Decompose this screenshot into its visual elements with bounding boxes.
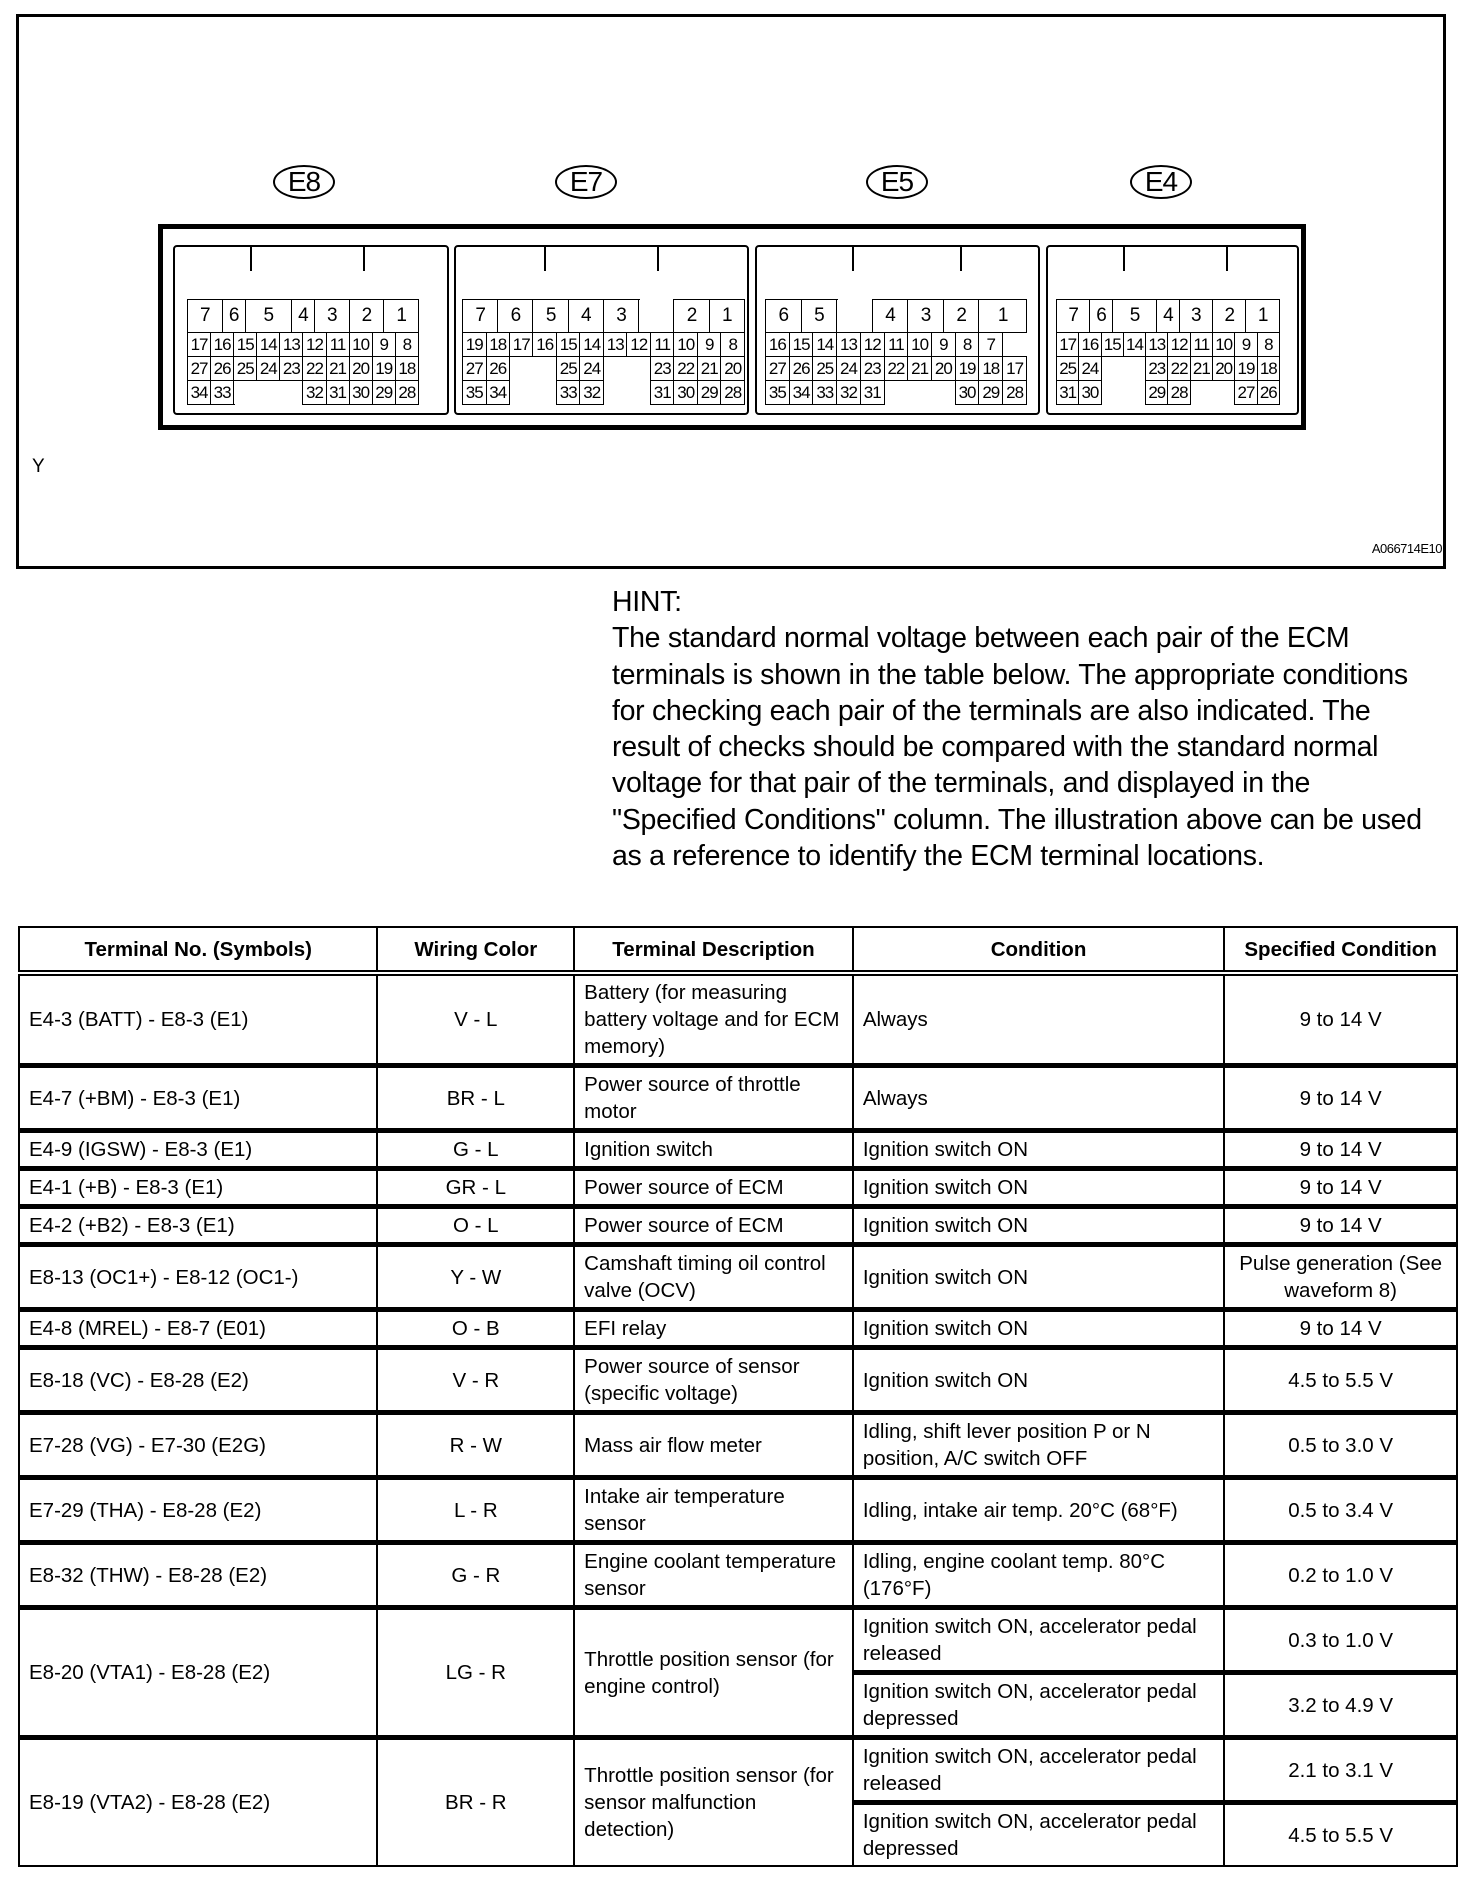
terminal-voltage-table: Terminal No. (Symbols) Wiring Color Term… (18, 926, 1458, 1867)
terminal-pin-9: 9 (1235, 333, 1257, 357)
pin-gap (1123, 381, 1145, 405)
table-row: E4-8 (MREL) - E8-7 (E01)O - BEFI relayIg… (19, 1310, 1457, 1348)
terminal-pin-12: 12 (303, 333, 326, 357)
wiring-color-cell: L - R (377, 1478, 574, 1543)
terminal-pin-22: 22 (884, 357, 908, 381)
specified-condition-cell: 4.5 to 5.5 V (1224, 1348, 1457, 1413)
pin-gap (837, 300, 873, 333)
header-condition: Condition (853, 927, 1224, 973)
terminal-pin-12: 12 (1168, 333, 1190, 357)
wiring-color-cell: O - L (377, 1207, 574, 1245)
description-cell: Throttle position sensor (for engine con… (574, 1608, 853, 1738)
description-cell: Power source of ECM (574, 1207, 853, 1245)
wiring-color-cell: G - L (377, 1131, 574, 1169)
terminal-pin-29: 29 (1146, 381, 1168, 405)
connector-e7: 7654321191817161514131211109827262524232… (454, 245, 749, 415)
terminal-pin-17: 17 (509, 333, 533, 357)
condition-cell: Ignition switch ON, accelerator pedal de… (853, 1673, 1224, 1738)
description-cell: Intake air temperature sensor (574, 1478, 853, 1543)
terminal-pin-34: 34 (486, 381, 509, 405)
pin-row: 313029282726 (1057, 381, 1280, 405)
table-body: E4-3 (BATT) - E8-3 (E1)V - LBattery (for… (19, 973, 1457, 1866)
terminal-pin-35: 35 (766, 381, 790, 405)
terminal-pin-24: 24 (580, 357, 604, 381)
terminal-pin-6: 6 (1090, 300, 1112, 333)
pin-row: 171615141312111098 (188, 333, 419, 357)
pin-gap (234, 381, 257, 405)
pin-row: 171615141312111098 (1057, 333, 1280, 357)
specified-condition-cell: 0.2 to 1.0 V (1224, 1543, 1457, 1608)
condition-cell: Ignition switch ON (853, 1245, 1224, 1310)
hint-title: HINT: (612, 584, 1442, 620)
terminal-pin-22: 22 (1168, 357, 1190, 381)
terminal-pin-20: 20 (1213, 357, 1235, 381)
terminal-pin-9: 9 (372, 333, 395, 357)
terminal-pin-28: 28 (721, 381, 745, 405)
terminal-pin-13: 13 (837, 333, 861, 357)
terminal-pin-13: 13 (603, 333, 627, 357)
terminal-pin-28: 28 (1168, 381, 1190, 405)
pin-gap (639, 300, 674, 333)
terminal-pin-5: 5 (245, 300, 291, 333)
terminal-cell: E4-3 (BATT) - E8-3 (E1) (19, 973, 377, 1066)
terminal-cell: E4-1 (+B) - E8-3 (E1) (19, 1169, 377, 1207)
terminal-pin-20: 20 (349, 357, 372, 381)
specified-condition-cell: 9 to 14 V (1224, 1066, 1457, 1131)
terminal-pin-26: 26 (486, 357, 509, 381)
latch-icon (852, 245, 962, 271)
terminal-pin-16: 16 (533, 333, 557, 357)
table-row: E8-20 (VTA1) - E8-28 (E2)LG - RThrottle … (19, 1608, 1457, 1673)
table-row: E8-18 (VC) - E8-28 (E2)V - RPower source… (19, 1348, 1457, 1413)
pin-row: 2524232221201918 (1057, 357, 1280, 381)
condition-cell: Ignition switch ON (853, 1310, 1224, 1348)
terminal-pin-27: 27 (188, 357, 211, 381)
terminal-pin-7: 7 (979, 333, 1003, 357)
condition-cell: Idling, intake air temp. 20°C (68°F) (853, 1478, 1224, 1543)
description-cell: Mass air flow meter (574, 1413, 853, 1478)
terminal-cell: E8-18 (VC) - E8-28 (E2) (19, 1348, 377, 1413)
terminal-pin-26: 26 (211, 357, 234, 381)
description-cell: Throttle position sensor (for sensor mal… (574, 1738, 853, 1867)
table-row: E8-32 (THW) - E8-28 (E2)G - REngine cool… (19, 1543, 1457, 1608)
header-terminal: Terminal No. (Symbols) (19, 927, 377, 973)
wiring-color-cell: BR - R (377, 1738, 574, 1867)
terminal-pin-9: 9 (932, 333, 956, 357)
connector-label-e7: E7 (555, 165, 617, 199)
pin-row: 3534333231302928 (766, 381, 1027, 405)
specified-condition-cell: 4.5 to 5.5 V (1224, 1803, 1457, 1867)
pin-row: 654321 (766, 300, 1027, 333)
terminal-pin-4: 4 (568, 300, 603, 333)
terminal-cell: E4-8 (MREL) - E8-7 (E01) (19, 1310, 377, 1348)
terminal-pin-15: 15 (556, 333, 579, 357)
pin-gap (533, 381, 557, 405)
wiring-color-cell: V - R (377, 1348, 574, 1413)
terminal-cell: E8-20 (VTA1) - E8-28 (E2) (19, 1608, 377, 1738)
terminal-pin-18: 18 (1257, 357, 1279, 381)
terminal-pin-11: 11 (650, 333, 674, 357)
pin-gap (603, 357, 627, 381)
terminal-pin-27: 27 (463, 357, 487, 381)
terminal-pin-2: 2 (674, 300, 709, 333)
terminal-pin-11: 11 (326, 333, 349, 357)
terminal-pin-26: 26 (789, 357, 813, 381)
terminal-pin-27: 27 (1235, 381, 1257, 405)
terminal-pin-32: 32 (303, 381, 326, 405)
description-cell: Ignition switch (574, 1131, 853, 1169)
table-row: E4-9 (IGSW) - E8-3 (E1)G - LIgnition swi… (19, 1131, 1457, 1169)
terminal-pin-27: 27 (766, 357, 790, 381)
condition-cell: Ignition switch ON, accelerator pedal re… (853, 1738, 1224, 1803)
terminal-pin-20: 20 (721, 357, 745, 381)
description-cell: Power source of sensor (specific voltage… (574, 1348, 853, 1413)
terminal-pin-25: 25 (1057, 357, 1079, 381)
table-header-row: Terminal No. (Symbols) Wiring Color Term… (19, 927, 1457, 973)
terminal-pin-17: 17 (1057, 333, 1079, 357)
specified-condition-cell: 2.1 to 3.1 V (1224, 1738, 1457, 1803)
terminal-pin-4: 4 (1157, 300, 1179, 333)
terminal-pin-25: 25 (234, 357, 257, 381)
terminal-pin-19: 19 (463, 333, 487, 357)
wiring-color-cell: R - W (377, 1413, 574, 1478)
specified-condition-cell: 0.5 to 3.4 V (1224, 1478, 1457, 1543)
terminal-pin-1: 1 (384, 300, 419, 333)
terminal-pin-34: 34 (789, 381, 813, 405)
terminal-pin-31: 31 (1057, 381, 1079, 405)
terminal-cell: E7-28 (VG) - E7-30 (E2G) (19, 1413, 377, 1478)
pin-grid-e7: 7654321191817161514131211109827262524232… (462, 299, 745, 405)
terminal-cell: E8-13 (OC1+) - E8-12 (OC1-) (19, 1245, 377, 1310)
terminal-pin-22: 22 (674, 357, 698, 381)
table-row: E4-2 (+B2) - E8-3 (E1)O - LPower source … (19, 1207, 1457, 1245)
pin-gap (509, 381, 533, 405)
condition-cell: Always (853, 1066, 1224, 1131)
terminal-pin-28: 28 (395, 381, 418, 405)
terminal-cell: E8-19 (VTA2) - E8-28 (E2) (19, 1738, 377, 1867)
terminal-pin-6: 6 (498, 300, 533, 333)
terminal-pin-3: 3 (1179, 300, 1212, 333)
terminal-pin-32: 32 (837, 381, 861, 405)
terminal-pin-15: 15 (234, 333, 257, 357)
table-row: E8-13 (OC1+) - E8-12 (OC1-)Y - WCamshaft… (19, 1245, 1457, 1310)
specified-condition-cell: 9 to 14 V (1224, 1310, 1457, 1348)
terminal-pin-21: 21 (908, 357, 932, 381)
condition-cell: Ignition switch ON (853, 1169, 1224, 1207)
specified-condition-cell: Pulse generation (See waveform 8) (1224, 1245, 1457, 1310)
terminal-pin-14: 14 (580, 333, 604, 357)
terminal-pin-10: 10 (349, 333, 372, 357)
latch-icon (544, 245, 659, 271)
wiring-color-cell: BR - L (377, 1066, 574, 1131)
terminal-pin-3: 3 (603, 300, 638, 333)
terminal-pin-6: 6 (222, 300, 245, 333)
description-cell: Power source of throttle motor (574, 1066, 853, 1131)
pin-gap (1003, 333, 1027, 357)
connector-e5: 6543211615141312111098727262524232221201… (755, 245, 1040, 415)
terminal-pin-13: 13 (1146, 333, 1168, 357)
table-row: E4-7 (+BM) - E8-3 (E1)BR - LPower source… (19, 1066, 1457, 1131)
connector-label-e4: E4 (1130, 165, 1192, 199)
terminal-pin-29: 29 (372, 381, 395, 405)
latch-icon (1123, 245, 1228, 271)
terminal-pin-7: 7 (463, 300, 498, 333)
wiring-color-cell: O - B (377, 1310, 574, 1348)
terminal-pin-5: 5 (801, 300, 837, 333)
terminal-pin-29: 29 (697, 381, 720, 405)
figure-id: A066714E10 (1372, 541, 1442, 556)
terminal-pin-6: 6 (766, 300, 802, 333)
terminal-pin-7: 7 (188, 300, 223, 333)
specified-condition-cell: 9 to 14 V (1224, 1207, 1457, 1245)
table-row: E7-29 (THA) - E8-28 (E2)L - RIntake air … (19, 1478, 1457, 1543)
pin-row: 7654321 (188, 300, 419, 333)
terminal-pin-8: 8 (721, 333, 745, 357)
terminal-pin-3: 3 (314, 300, 349, 333)
terminal-pin-10: 10 (674, 333, 698, 357)
pin-grid-e4: 7654321171615141312111098252423222120191… (1056, 299, 1280, 405)
terminal-pin-23: 23 (650, 357, 674, 381)
specified-condition-cell: 0.3 to 1.0 V (1224, 1608, 1457, 1673)
table-row: E8-19 (VTA2) - E8-28 (E2)BR - RThrottle … (19, 1738, 1457, 1803)
terminal-pin-25: 25 (556, 357, 579, 381)
terminal-pin-11: 11 (884, 333, 908, 357)
wiring-color-cell: Y - W (377, 1245, 574, 1310)
pin-gap (509, 357, 533, 381)
terminal-cell: E4-2 (+B2) - E8-3 (E1) (19, 1207, 377, 1245)
terminal-cell: E7-29 (THA) - E8-28 (E2) (19, 1478, 377, 1543)
terminal-pin-4: 4 (291, 300, 314, 333)
connector-label-e5: E5 (866, 165, 928, 199)
terminal-pin-28: 28 (1003, 381, 1027, 405)
specified-condition-cell: 3.2 to 4.9 V (1224, 1673, 1457, 1738)
terminal-cell: E4-9 (IGSW) - E8-3 (E1) (19, 1131, 377, 1169)
terminal-pin-14: 14 (813, 333, 837, 357)
hint-section: HINT: The standard normal voltage betwee… (612, 584, 1442, 874)
terminal-pin-19: 19 (1235, 357, 1257, 381)
terminal-pin-1: 1 (709, 300, 744, 333)
pin-row: 2726252423222120191817 (766, 357, 1027, 381)
connector-label-e8: E8 (273, 165, 335, 199)
wiring-color-cell: LG - R (377, 1608, 574, 1738)
pin-row: 27262524232221201918 (188, 357, 419, 381)
pin-row: 2726252423222120 (463, 357, 745, 381)
terminal-pin-24: 24 (837, 357, 861, 381)
terminal-pin-5: 5 (533, 300, 568, 333)
terminal-pin-21: 21 (1190, 357, 1212, 381)
terminal-pin-16: 16 (211, 333, 234, 357)
description-cell: EFI relay (574, 1310, 853, 1348)
pin-row: 7654321 (1057, 300, 1280, 333)
terminal-pin-34: 34 (188, 381, 211, 405)
terminal-pin-31: 31 (326, 381, 349, 405)
terminal-pin-22: 22 (303, 357, 326, 381)
terminal-pin-33: 33 (556, 381, 579, 405)
pin-row: 34333231302928 (188, 381, 419, 405)
terminal-pin-21: 21 (326, 357, 349, 381)
pin-row: 7654321 (463, 300, 745, 333)
terminal-pin-10: 10 (908, 333, 932, 357)
terminal-pin-18: 18 (979, 357, 1003, 381)
description-cell: Battery (for measuring battery voltage a… (574, 973, 853, 1066)
pin-row: 1918171615141312111098 (463, 333, 745, 357)
terminal-pin-32: 32 (580, 381, 604, 405)
terminal-pin-5: 5 (1112, 300, 1157, 333)
terminal-pin-2: 2 (1213, 300, 1246, 333)
terminal-pin-21: 21 (697, 357, 720, 381)
terminal-pin-26: 26 (1257, 381, 1279, 405)
terminal-pin-7: 7 (1057, 300, 1090, 333)
terminal-pin-8: 8 (395, 333, 418, 357)
pin-gap (1101, 381, 1123, 405)
table-row: E4-3 (BATT) - E8-3 (E1)V - LBattery (for… (19, 973, 1457, 1066)
terminal-pin-16: 16 (1079, 333, 1101, 357)
terminal-pin-30: 30 (955, 381, 979, 405)
terminal-pin-4: 4 (872, 300, 908, 333)
pin-gap (1190, 381, 1212, 405)
table-row: E4-1 (+B) - E8-3 (E1)GR - LPower source … (19, 1169, 1457, 1207)
terminal-pin-18: 18 (395, 357, 418, 381)
pin-gap (908, 381, 932, 405)
terminal-pin-23: 23 (280, 357, 303, 381)
pin-gap (1213, 381, 1235, 405)
terminal-pin-19: 19 (372, 357, 395, 381)
connector-e4: 7654321171615141312111098252423222120191… (1046, 245, 1299, 415)
condition-cell: Always (853, 973, 1224, 1066)
header-wiring-color: Wiring Color (377, 927, 574, 973)
terminal-pin-24: 24 (257, 357, 280, 381)
terminal-pin-23: 23 (1146, 357, 1168, 381)
latch-icon (250, 245, 365, 271)
pin-row: 16151413121110987 (766, 333, 1027, 357)
terminal-pin-17: 17 (1003, 357, 1027, 381)
terminal-pin-14: 14 (257, 333, 280, 357)
terminal-pin-35: 35 (463, 381, 487, 405)
terminal-pin-2: 2 (943, 300, 979, 333)
pin-gap (533, 357, 557, 381)
terminal-pin-25: 25 (813, 357, 837, 381)
terminal-pin-33: 33 (211, 381, 234, 405)
header-specified-condition: Specified Condition (1224, 927, 1457, 973)
condition-cell: Ignition switch ON (853, 1131, 1224, 1169)
pin-gap (627, 357, 650, 381)
terminal-pin-12: 12 (860, 333, 884, 357)
pin-gap (603, 381, 627, 405)
terminal-cell: E8-32 (THW) - E8-28 (E2) (19, 1543, 377, 1608)
terminal-pin-15: 15 (1101, 333, 1123, 357)
terminal-pin-14: 14 (1123, 333, 1145, 357)
terminal-pin-19: 19 (955, 357, 979, 381)
condition-cell: Ignition switch ON, accelerator pedal de… (853, 1803, 1224, 1867)
terminal-cell: E4-7 (+BM) - E8-3 (E1) (19, 1066, 377, 1131)
pin-grid-e8: 7654321171615141312111098272625242322212… (187, 299, 419, 405)
connector-e8: 7654321171615141312111098272625242322212… (173, 245, 449, 415)
terminal-pin-30: 30 (674, 381, 698, 405)
pin-gap (884, 381, 908, 405)
terminal-pin-18: 18 (486, 333, 509, 357)
terminal-pin-10: 10 (1213, 333, 1235, 357)
description-cell: Camshaft timing oil control valve (OCV) (574, 1245, 853, 1310)
terminal-pin-24: 24 (1079, 357, 1101, 381)
terminal-pin-17: 17 (188, 333, 211, 357)
terminal-pin-1: 1 (1246, 300, 1280, 333)
terminal-pin-3: 3 (908, 300, 944, 333)
terminal-pin-9: 9 (697, 333, 720, 357)
header-description: Terminal Description (574, 927, 853, 973)
terminal-pin-31: 31 (650, 381, 674, 405)
pin-gap (932, 381, 956, 405)
wiring-color-cell: G - R (377, 1543, 574, 1608)
condition-cell: Idling, engine coolant temp. 80°C (176°F… (853, 1543, 1224, 1608)
pin-gap (1123, 357, 1145, 381)
pin-gap (280, 381, 303, 405)
terminal-pin-13: 13 (280, 333, 303, 357)
terminal-pin-31: 31 (860, 381, 884, 405)
side-label: Y (32, 456, 45, 478)
condition-cell: Idling, shift lever position P or N posi… (853, 1413, 1224, 1478)
wiring-color-cell: V - L (377, 973, 574, 1066)
terminal-pin-11: 11 (1190, 333, 1212, 357)
terminal-pin-8: 8 (1257, 333, 1279, 357)
ecm-connector-block: 7654321171615141312111098272625242322212… (158, 224, 1306, 430)
pin-gap (627, 381, 650, 405)
specified-condition-cell: 0.5 to 3.0 V (1224, 1413, 1457, 1478)
terminal-pin-2: 2 (349, 300, 384, 333)
terminal-pin-23: 23 (860, 357, 884, 381)
pin-row: 3534333231302928 (463, 381, 745, 405)
pin-grid-e5: 6543211615141312111098727262524232221201… (765, 299, 1027, 405)
pin-gap (1101, 357, 1123, 381)
terminal-pin-15: 15 (789, 333, 813, 357)
description-cell: Engine coolant temperature sensor (574, 1543, 853, 1608)
specified-condition-cell: 9 to 14 V (1224, 1169, 1457, 1207)
table-row: E7-28 (VG) - E7-30 (E2G)R - WMass air fl… (19, 1413, 1457, 1478)
terminal-pin-12: 12 (627, 333, 650, 357)
hint-body: The standard normal voltage between each… (612, 620, 1442, 874)
pin-gap (257, 381, 280, 405)
specified-condition-cell: 9 to 14 V (1224, 1131, 1457, 1169)
terminal-pin-20: 20 (932, 357, 956, 381)
condition-cell: Ignition switch ON (853, 1207, 1224, 1245)
terminal-pin-8: 8 (955, 333, 979, 357)
specified-condition-cell: 9 to 14 V (1224, 973, 1457, 1066)
description-cell: Power source of ECM (574, 1169, 853, 1207)
terminal-pin-16: 16 (766, 333, 790, 357)
terminal-pin-30: 30 (349, 381, 372, 405)
terminal-pin-29: 29 (979, 381, 1003, 405)
terminal-pin-30: 30 (1079, 381, 1101, 405)
terminal-pin-33: 33 (813, 381, 837, 405)
condition-cell: Ignition switch ON, accelerator pedal re… (853, 1608, 1224, 1673)
wiring-color-cell: GR - L (377, 1169, 574, 1207)
terminal-pin-1: 1 (979, 300, 1027, 333)
condition-cell: Ignition switch ON (853, 1348, 1224, 1413)
